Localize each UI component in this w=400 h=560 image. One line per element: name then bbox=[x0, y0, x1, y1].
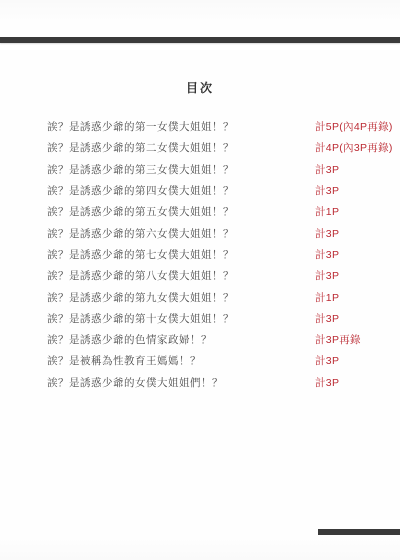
toc-entry-page-count: 計3P bbox=[315, 183, 339, 198]
toc-entry-title: 誒？是誘惑少爺的第二女僕大姐姐！？ bbox=[47, 140, 234, 155]
bottom-edge-bar bbox=[318, 529, 400, 535]
toc-entry-title: 誒？是誘惑少爺的第一女僕大姐姐！？ bbox=[47, 119, 234, 134]
toc-entry-page-count: 計1P bbox=[315, 290, 339, 305]
top-rule-bar bbox=[0, 37, 400, 43]
toc-list: 誒？是誘惑少爺的第一女僕大姐姐！？ 計5P(內4P再錄) 誒？是誘惑少爺的第二女… bbox=[0, 116, 400, 393]
toc-entry-page-count: 計3P bbox=[315, 247, 339, 262]
toc-entry-title: 誒？是誘惑少爺的色情家政婦！？ bbox=[47, 332, 212, 347]
toc-entry-title: 誒？是誘惑少爺的第十女僕大姐姐！？ bbox=[47, 311, 234, 326]
toc-entry-page-count: 計3P bbox=[315, 268, 339, 283]
toc-row: 誒？是誘惑少爺的女僕大姐姐們！？ 計3P bbox=[0, 372, 400, 393]
toc-entry-title: 誒？是誘惑少爺的第五女僕大姐姐！？ bbox=[47, 204, 234, 219]
toc-row: 誒？是誘惑少爺的第五女僕大姐姐！？ 計1P bbox=[0, 201, 400, 222]
toc-entry-title: 誒？是誘惑少爺的第四女僕大姐姐！？ bbox=[47, 183, 234, 198]
toc-entry-page-count: 計1P bbox=[315, 204, 339, 219]
toc-row: 誒？是誘惑少爺的第八女僕大姐姐！？ 計3P bbox=[0, 265, 400, 286]
toc-row: 誒？是被稱為性教育王媽媽！？ 計3P bbox=[0, 350, 400, 371]
toc-heading: 目次 bbox=[0, 79, 400, 96]
toc-row: 誒？是誘惑少爺的第七女僕大姐姐！？ 計3P bbox=[0, 244, 400, 265]
toc-entry-title: 誒？是誘惑少爺的第八女僕大姐姐！？ bbox=[47, 268, 234, 283]
toc-entry-title: 誒？是誘惑少爺的第六女僕大姐姐！？ bbox=[47, 226, 234, 241]
scanned-page: 目次 誒？是誘惑少爺的第一女僕大姐姐！？ 計5P(內4P再錄) 誒？是誘惑少爺的… bbox=[0, 0, 400, 560]
toc-row: 誒？是誘惑少爺的第三女僕大姐姐！？ 計3P bbox=[0, 159, 400, 180]
toc-entry-title: 誒？是被稱為性教育王媽媽！？ bbox=[47, 353, 201, 368]
toc-entry-title: 誒？是誘惑少爺的第七女僕大姐姐！？ bbox=[47, 247, 234, 262]
toc-row: 誒？是誘惑少爺的第六女僕大姐姐！？ 計3P bbox=[0, 222, 400, 243]
toc-entry-title: 誒？是誘惑少爺的第三女僕大姐姐！？ bbox=[47, 162, 234, 177]
toc-entry-page-count: 計3P bbox=[315, 226, 339, 241]
toc-entry-page-count: 計3P bbox=[315, 353, 339, 368]
toc-entry-page-count: 計5P(內4P再錄) bbox=[315, 119, 393, 134]
toc-entry-page-count: 計3P bbox=[315, 311, 339, 326]
toc-row: 誒？是誘惑少爺的第九女僕大姐姐！？ 計1P bbox=[0, 286, 400, 307]
toc-entry-page-count: 計3P bbox=[315, 162, 339, 177]
toc-row: 誒？是誘惑少爺的第四女僕大姐姐！？ 計3P bbox=[0, 180, 400, 201]
toc-entry-page-count: 計3P bbox=[315, 375, 339, 390]
toc-entry-title: 誒？是誘惑少爺的女僕大姐姐們！？ bbox=[47, 375, 223, 390]
toc-row: 誒？是誘惑少爺的色情家政婦！？ 計3P再錄 bbox=[0, 329, 400, 350]
toc-entry-page-count: 計3P再錄 bbox=[315, 332, 361, 347]
toc-entry-page-count: 計4P(內3P再錄) bbox=[315, 140, 393, 155]
toc-entry-title: 誒？是誘惑少爺的第九女僕大姐姐！？ bbox=[47, 290, 234, 305]
toc-row: 誒？是誘惑少爺的第十女僕大姐姐！？ 計3P bbox=[0, 308, 400, 329]
toc-row: 誒？是誘惑少爺的第二女僕大姐姐！？ 計4P(內3P再錄) bbox=[0, 137, 400, 158]
toc-row: 誒？是誘惑少爺的第一女僕大姐姐！？ 計5P(內4P再錄) bbox=[0, 116, 400, 137]
